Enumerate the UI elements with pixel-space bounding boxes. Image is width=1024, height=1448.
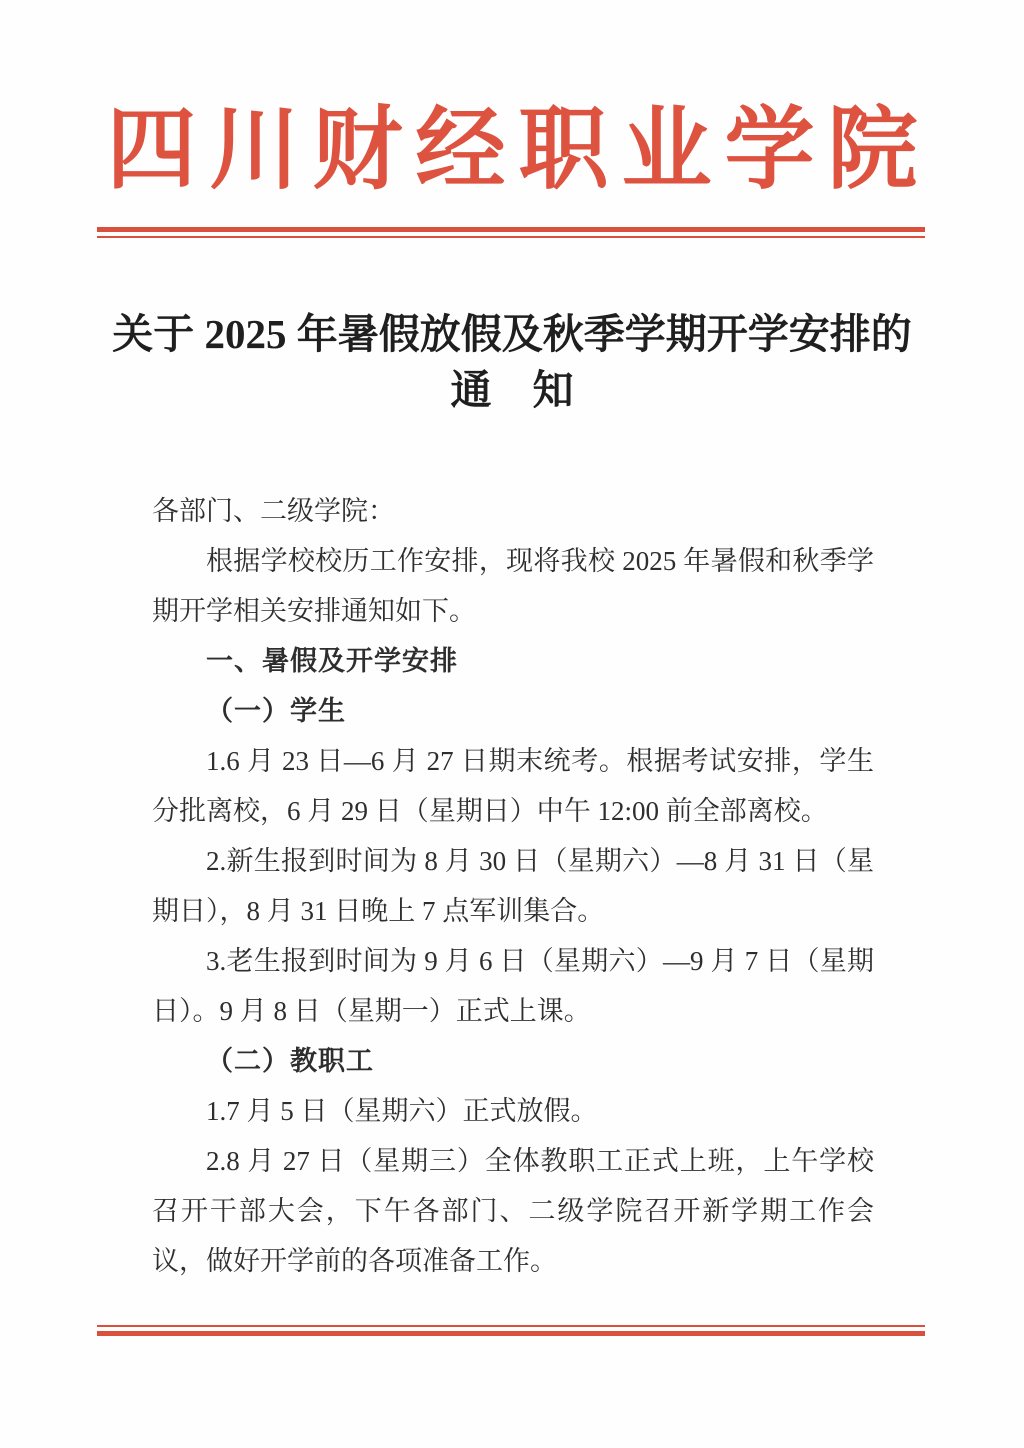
subsection-heading-faculty-staff: （二）教职工 [152, 1036, 874, 1086]
divider-thick-line [97, 1331, 925, 1336]
subsection-heading-students: （一）学生 [152, 686, 874, 736]
notice-title-line1: 关于 2025 年暑假放假及秋季学期开学安排的 [0, 306, 1024, 362]
salutation: 各部门、二级学院： [152, 486, 874, 536]
footer-divider-rule [97, 1325, 925, 1336]
paragraph-staff-item-2: 2.8 月 27 日（星期三）全体教职工正式上班，上午学校召开干部大会，下午各部… [152, 1136, 874, 1286]
letterhead-school-name: 四川财经职业学院 [0, 92, 1024, 210]
paragraph-students-item-3: 3.老生报到时间为 9 月 6 日（星期六）—9 月 7 日（星期日）。9 月 … [152, 936, 874, 1036]
paragraph-students-item-1: 1.6 月 23 日—6 月 27 日期末统考。根据考试安排，学生分批离校，6 … [152, 736, 874, 836]
letterhead-divider-rule [97, 227, 925, 238]
notice-body: 各部门、二级学院： 根据学校校历工作安排，现将我校 2025 年暑假和秋季学期开… [152, 486, 874, 1286]
notice-title-line2: 通 知 [0, 362, 1024, 418]
paragraph-staff-item-1: 1.7 月 5 日（星期六）正式放假。 [152, 1086, 874, 1136]
notice-title: 关于 2025 年暑假放假及秋季学期开学安排的 通 知 [0, 306, 1024, 418]
notice-document-page: 四川财经职业学院 关于 2025 年暑假放假及秋季学期开学安排的 通 知 各部门… [0, 0, 1024, 1448]
divider-thin-line [97, 236, 925, 238]
intro-paragraph: 根据学校校历工作安排，现将我校 2025 年暑假和秋季学期开学相关安排通知如下。 [152, 536, 874, 636]
section-heading-summer-arrangements: 一、暑假及开学安排 [152, 636, 874, 686]
paragraph-students-item-2: 2.新生报到时间为 8 月 30 日（星期六）—8 月 31 日（星期日），8 … [152, 836, 874, 936]
